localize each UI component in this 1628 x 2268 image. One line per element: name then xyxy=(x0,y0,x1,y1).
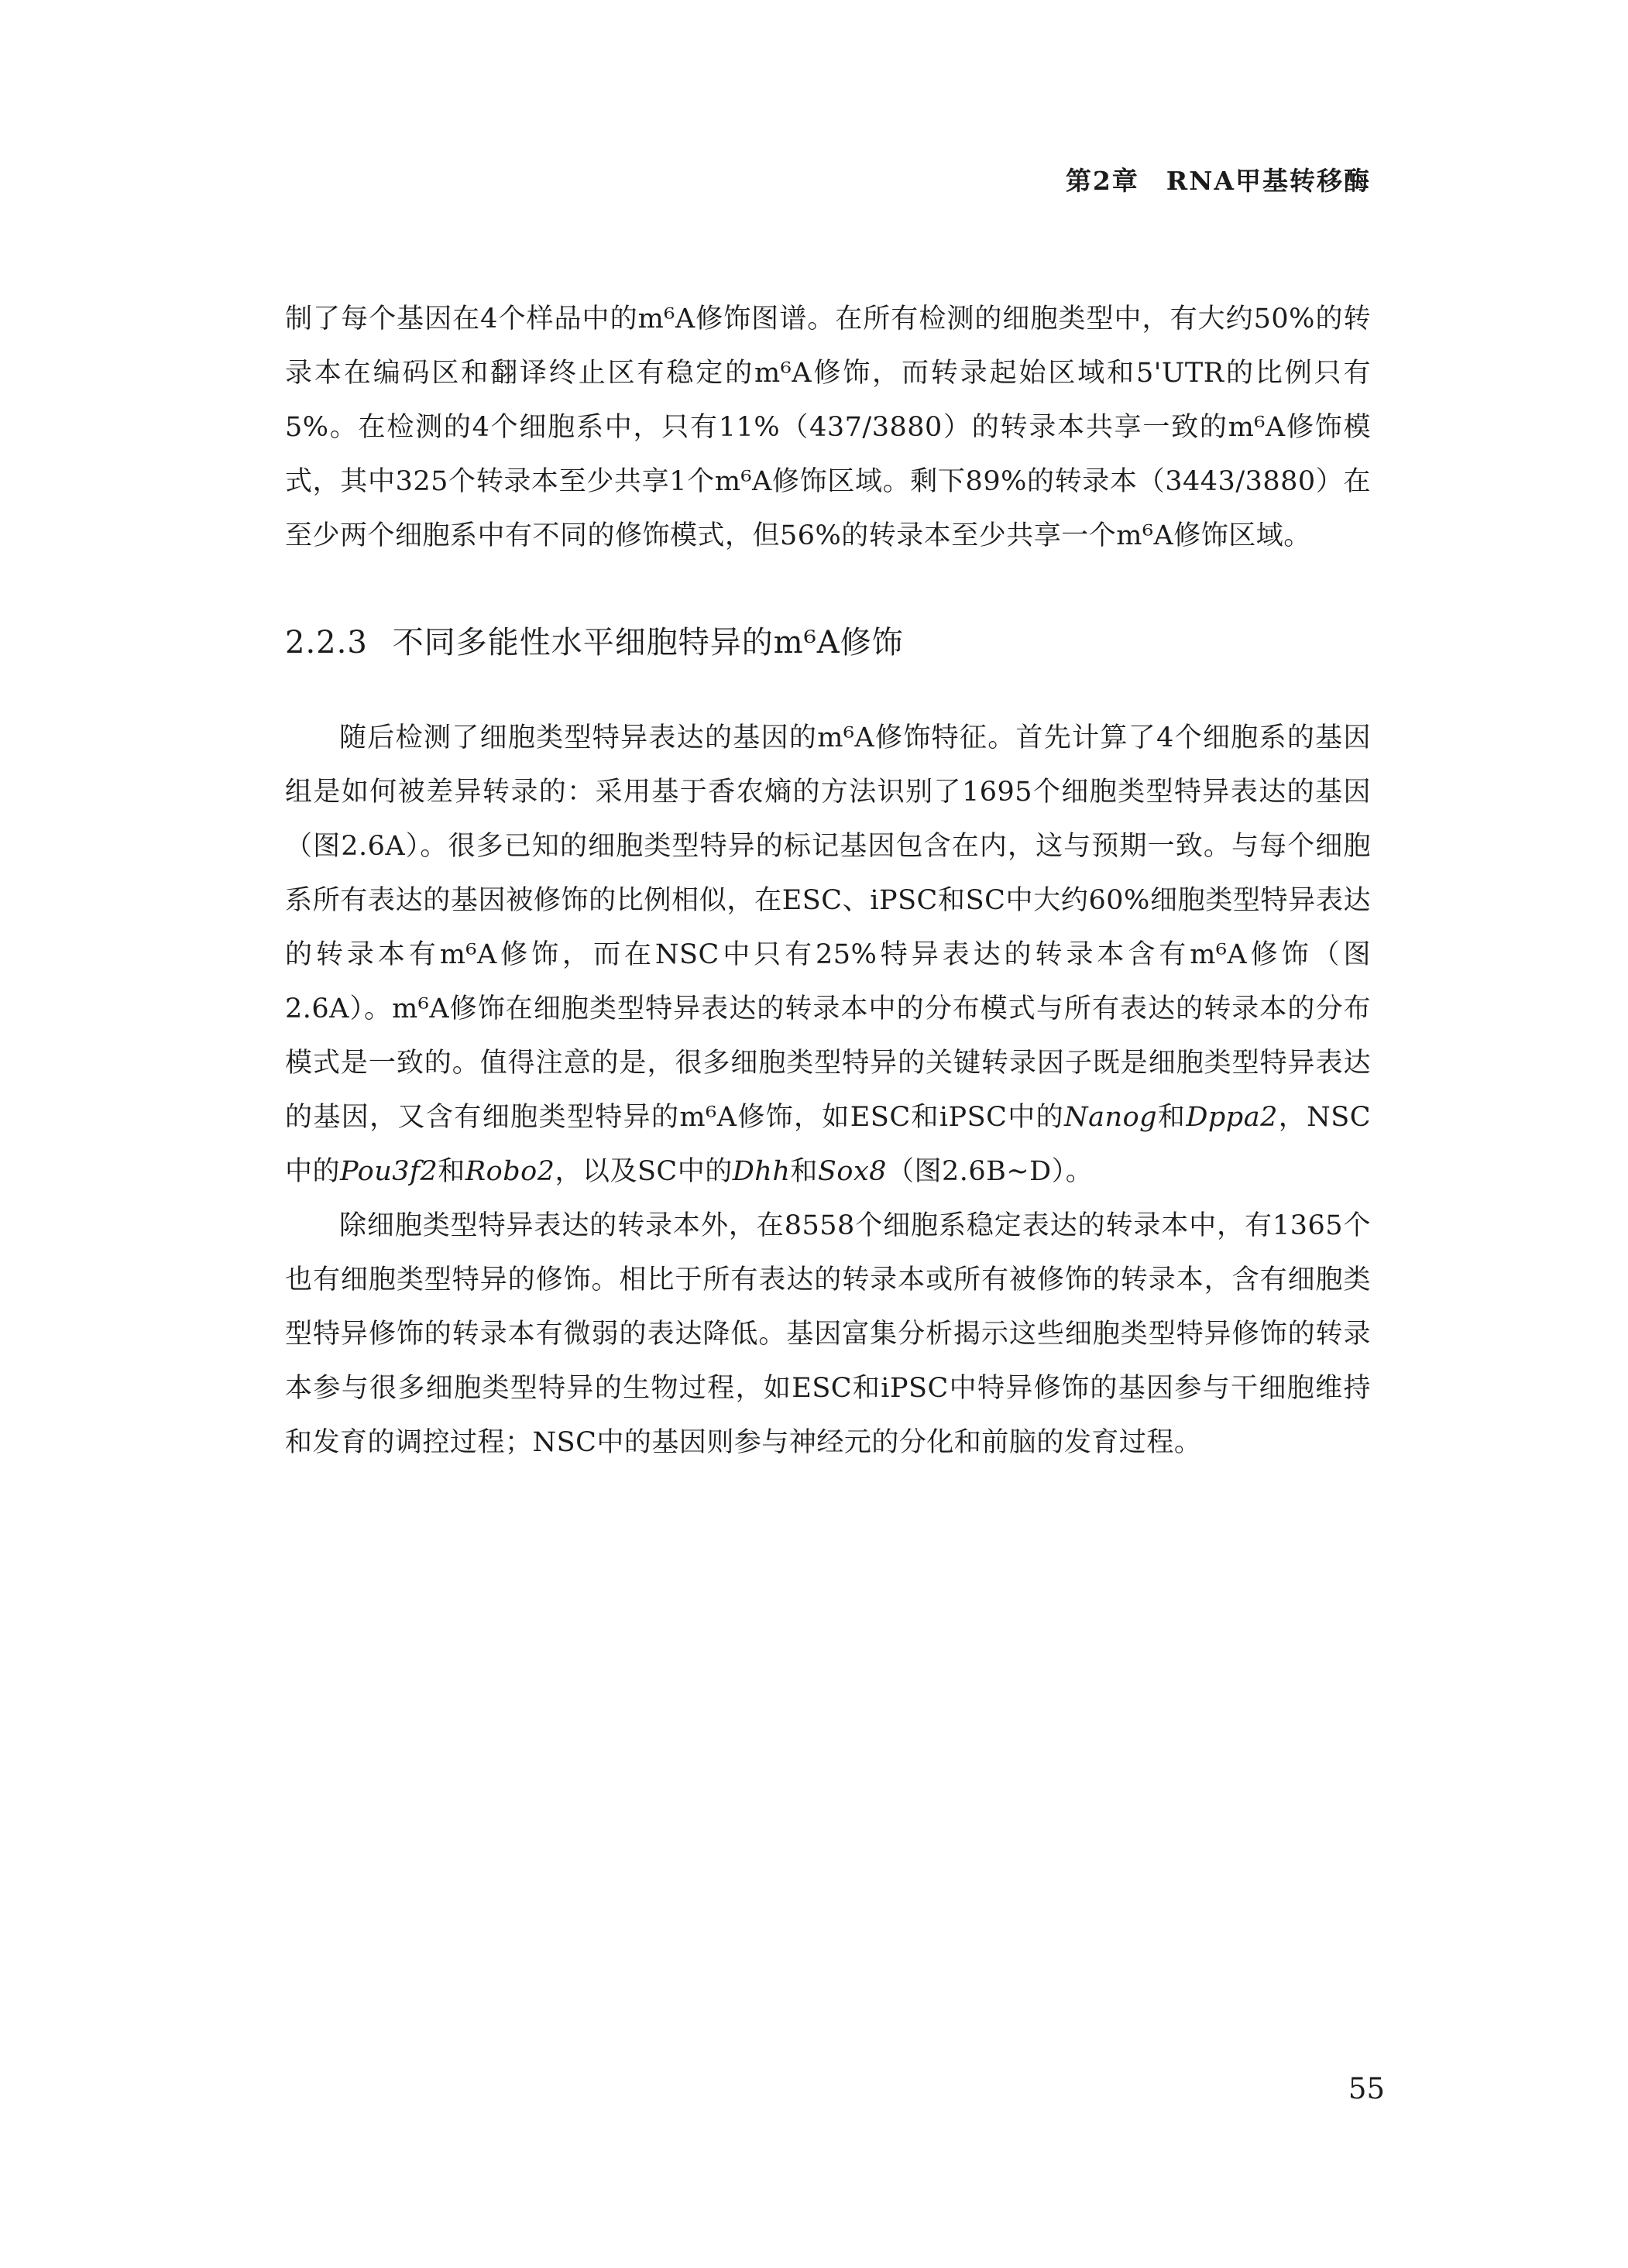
running-head: 第2章 RNA甲基转移酶 xyxy=(285,164,1371,198)
gene-name-italic: Sox8 xyxy=(818,1156,887,1187)
page-footer: 55 xyxy=(285,2072,1385,2106)
gene-name-italic: Nanog xyxy=(1064,1102,1157,1133)
paragraph-continuation: 制了每个基因在4个样品中的m⁶A修饰图谱。在所有检测的细胞类型中，有大约50%的… xyxy=(285,292,1371,563)
section-heading: 2.2.3不同多能性水平细胞特异的m⁶A修饰 xyxy=(285,621,1371,664)
paragraph-stable-transcripts: 除细胞类型特异表达的转录本外，在8558个细胞系稳定表达的转录本中，有1365个… xyxy=(285,1199,1371,1470)
paragraph-cell-specific-m6a: 随后检测了细胞类型特异表达的基因的m⁶A修饰特征。首先计算了4个细胞系的基因组是… xyxy=(285,711,1371,1199)
chapter-header-text: 第2章 RNA甲基转移酶 xyxy=(1066,166,1371,196)
body-text-segment: （图2.6B~D）。 xyxy=(887,1156,1093,1187)
section-title: 不同多能性水平细胞特异的m⁶A修饰 xyxy=(393,625,904,660)
page-content: 制了每个基因在4个样品中的m⁶A修饰图谱。在所有检测的细胞类型中，有大约50%的… xyxy=(285,292,1371,1470)
body-text-segment: 和 xyxy=(1157,1102,1186,1133)
body-text-segment: ，以及SC中的 xyxy=(555,1156,732,1187)
document-page: 第2章 RNA甲基转移酶 制了每个基因在4个样品中的m⁶A修饰图谱。在所有检测的… xyxy=(0,0,1628,2268)
body-text-segment: 和 xyxy=(790,1156,818,1187)
section-number: 2.2.3 xyxy=(285,625,368,660)
gene-name-italic: Pou3f2 xyxy=(340,1156,438,1187)
body-text-segment: 随后检测了细胞类型特异表达的基因的m⁶A修饰特征。首先计算了4个细胞系的基因组是… xyxy=(285,722,1371,1133)
gene-name-italic: Dhh xyxy=(733,1156,791,1187)
page-number: 55 xyxy=(1348,2072,1385,2105)
gene-name-italic: Robo2 xyxy=(465,1156,555,1187)
gene-name-italic: Dppa2 xyxy=(1186,1102,1278,1133)
body-text-segment: 和 xyxy=(438,1156,465,1187)
